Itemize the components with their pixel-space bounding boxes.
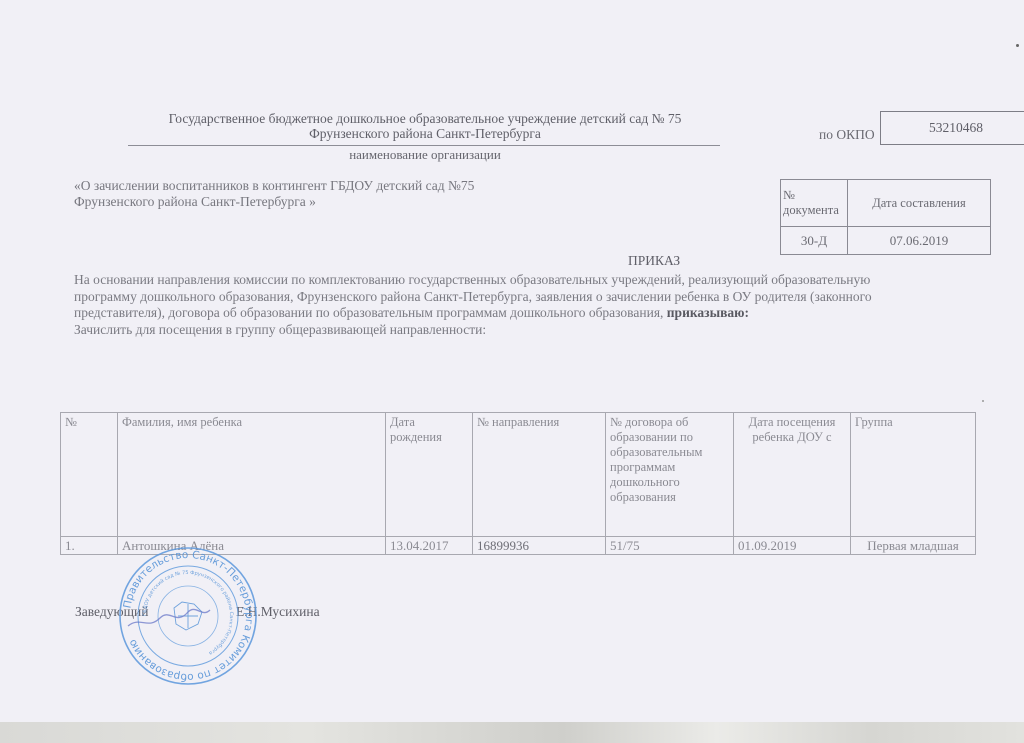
order-directive: приказываю: xyxy=(667,305,749,320)
document-number-value: 30-Д xyxy=(781,227,848,255)
organization-name-line2: Фрунзенского района Санкт-Петербурга xyxy=(100,126,750,142)
cell-birth-date: 13.04.2017 xyxy=(386,537,473,555)
col-header-attendance-date: Дата посещения ребенка ДОУ с xyxy=(734,413,851,537)
official-stamp-icon: Правительство Санкт-Петербурга Комитет п… xyxy=(118,546,258,686)
organization-caption: наименование организации xyxy=(100,147,750,163)
order-title: ПРИКАЗ xyxy=(628,253,680,269)
enrollment-table: № Фамилия, имя ребенка Дата рождения № н… xyxy=(60,412,976,555)
order-body-line1: На основании направления комиссии по ком… xyxy=(74,272,994,289)
cell-number: 1. xyxy=(61,537,118,555)
document-number-table: № документа Дата составления 30-Д 07.06.… xyxy=(780,179,991,255)
document-page: Государственное бюджетное дошкольное обр… xyxy=(0,0,1024,724)
organization-name-line1: Государственное бюджетное дошкольное обр… xyxy=(100,111,750,127)
col-header-child-name: Фамилия, имя ребенка xyxy=(118,413,386,537)
order-subject-line2: Фрунзенского района Санкт-Петербурга » xyxy=(74,194,316,210)
scan-speck xyxy=(1016,44,1019,47)
okpo-label: по ОКПО xyxy=(819,127,875,143)
document-number-header: № документа xyxy=(781,180,848,227)
scanner-edge xyxy=(0,722,1024,743)
order-body: На основании направления комиссии по ком… xyxy=(74,272,994,338)
cell-attendance-date: 01.09.2019 xyxy=(734,537,851,555)
order-body-line4: Зачислить для посещения в группу общераз… xyxy=(74,322,994,339)
document-date-header: Дата составления xyxy=(848,180,991,227)
document-date-value: 07.06.2019 xyxy=(848,227,991,255)
cell-contract-number: 51/75 xyxy=(606,537,734,555)
okpo-value: 53210468 xyxy=(929,120,983,136)
col-header-referral-number: № направления xyxy=(473,413,606,537)
order-body-line3: представителя), договора об образовании … xyxy=(74,305,994,322)
order-subject-line1: «О зачислении воспитанников в контингент… xyxy=(74,178,474,194)
cell-referral-number: 16899936 xyxy=(473,537,606,555)
order-body-line2: программу дошкольного образования, Фрунз… xyxy=(74,289,994,306)
scan-speck xyxy=(982,400,984,402)
col-header-contract-number: № договора об образовании по образовател… xyxy=(606,413,734,537)
table-header-row: № Фамилия, имя ребенка Дата рождения № н… xyxy=(61,413,976,537)
okpo-box: 53210468 xyxy=(880,111,1024,145)
col-header-number: № xyxy=(61,413,118,537)
cell-group: Первая младшая xyxy=(851,537,976,555)
col-header-birth-date: Дата рождения xyxy=(386,413,473,537)
order-body-line3-text: представителя), договора об образовании … xyxy=(74,305,667,320)
col-header-group: Группа xyxy=(851,413,976,537)
organization-underline xyxy=(128,145,720,146)
